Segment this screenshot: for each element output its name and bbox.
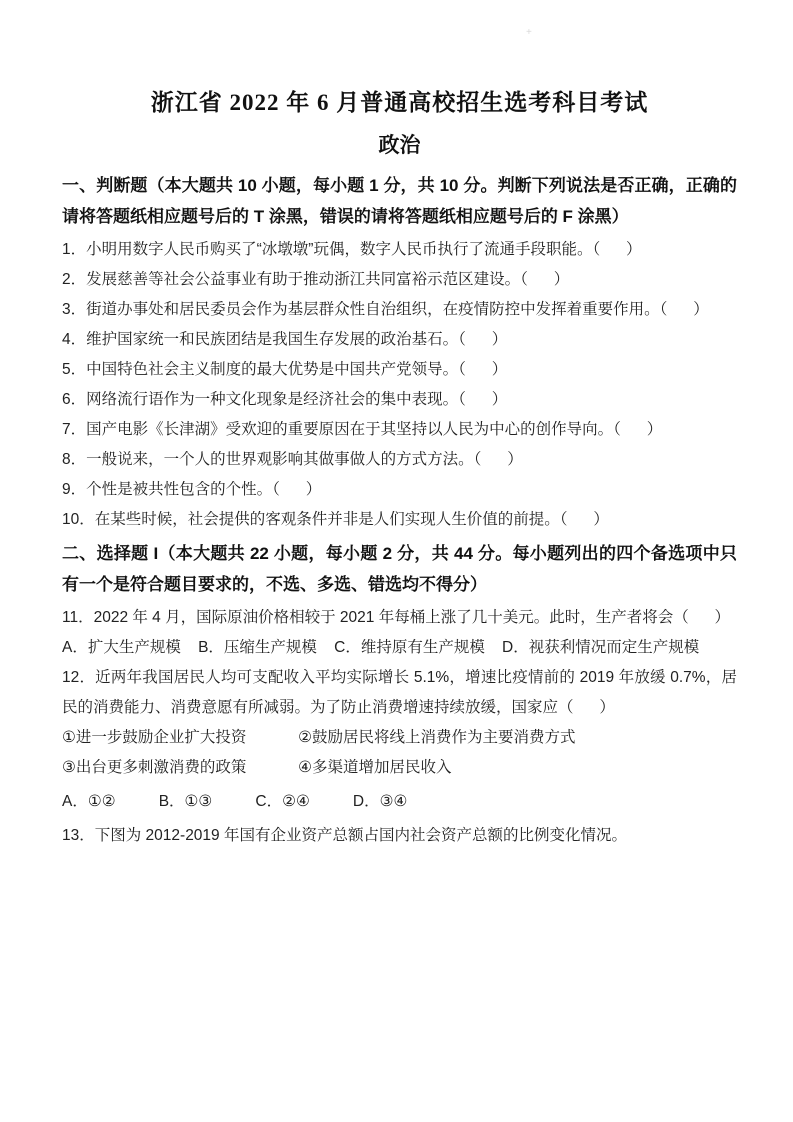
subject-title: 政治 [62,132,737,158]
question-2: 2．发展慈善等社会公益事业有助于推动浙江共同富裕示范区建设。（ ） [62,265,737,295]
question-4: 4．维护国家统一和民族团结是我国生存发展的政治基石。（ ） [62,325,737,355]
question-7: 7．国产电影《长津湖》受欢迎的重要原因在于其坚持以人民为中心的创作导向。（ ） [62,415,737,445]
question-9: 9．个性是被共性包含的个性。（ ） [62,475,737,505]
question-10: 10．在某些时候，社会提供的客观条件并非是人们实现人生价值的前提。（ ） [62,505,737,535]
question-12: 12．近两年我国居民人均可支配收入平均实际增长 5.1%，增速比疫情前的 201… [62,663,737,723]
scan-artifact-mark: + [526,28,532,38]
judgement-section-heading: 一、判断题（本大题共 10 小题，每小题 1 分，共 10 分。判断下列说法是否… [62,170,737,232]
multiple-choice-section: 二、选择题 I（本大题共 22 小题，每小题 2 分，共 44 分。每小题列出的… [62,538,737,851]
question-6: 6．网络流行语作为一种文化现象是经济社会的集中表现。（ ） [62,385,737,415]
question-11-options: A．扩大生产规模 B．压缩生产规模 C．维持原有生产规模 D．视获利情况而定生产… [62,633,737,663]
question-11: 11．2022 年 4 月，国际原油价格相较于 2021 年每桶上涨了几十美元。… [62,603,737,633]
question-5: 5．中国特色社会主义制度的最大优势是中国共产党领导。（ ） [62,355,737,385]
question-13: 13．下图为 2012-2019 年国有企业资产总额占国内社会资产总额的比例变化… [62,821,737,851]
question-3: 3．街道办事处和居民委员会作为基层群众性自治组织，在疫情防控中发挥着重要作用。（… [62,295,737,325]
question-1: 1．小明用数字人民币购买了“冰墩墩”玩偶，数字人民币执行了流通手段职能。（ ） [62,235,737,265]
question-12-items-line2: ③出台更多刺激消费的政策 ④多渠道增加居民收入 [62,753,737,783]
question-12-items-line1: ①进一步鼓励企业扩大投资 ②鼓励居民将线上消费作为主要消费方式 [62,723,737,753]
page-title: 浙江省 2022 年 6 月普通高校招生选考科目考试 [62,88,737,118]
judgement-section: 一、判断题（本大题共 10 小题，每小题 1 分，共 10 分。判断下列说法是否… [62,170,737,535]
question-12-answers: A．①② B．①③ C．②④ D．③④ [62,787,737,817]
question-8: 8．一般说来，一个人的世界观影响其做事做人的方式方法。（ ） [62,445,737,475]
choice-section-heading: 二、选择题 I（本大题共 22 小题，每小题 2 分，共 44 分。每小题列出的… [62,538,737,600]
exam-paper-page: + 浙江省 2022 年 6 月普通高校招生选考科目考试 政治 一、判断题（本大… [0,0,793,1122]
